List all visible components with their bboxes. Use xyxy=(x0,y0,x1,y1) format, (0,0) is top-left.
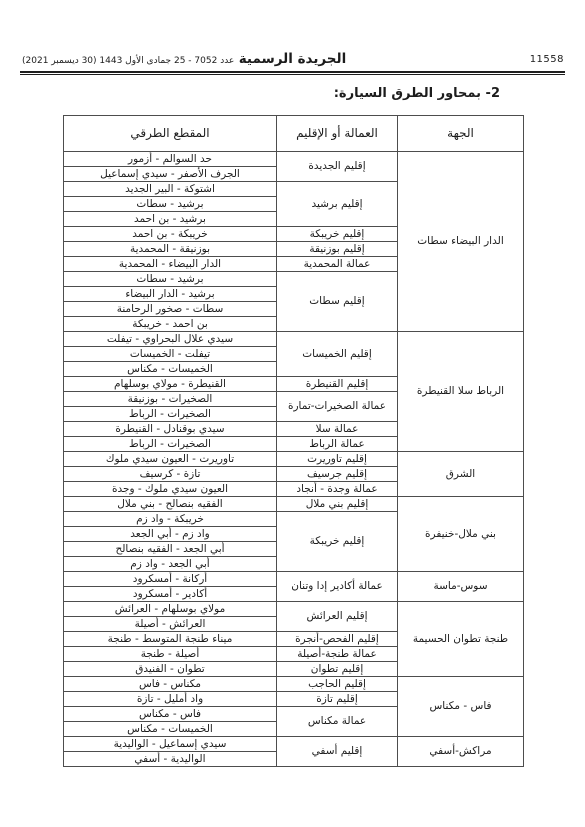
road-section-cell: الخميسات - مكناس xyxy=(64,362,277,377)
table-header-row: الجهة العمالة أو الإقليم المقطع الطرقي xyxy=(64,116,524,152)
road-section-cell: بن احمد - خريبكة xyxy=(64,317,277,332)
province-cell: إقليم الحاجب xyxy=(277,677,398,692)
road-section-cell: الصخيرات - الرباط xyxy=(64,407,277,422)
road-section-cell: الصخيرات - بوزنيقة xyxy=(64,392,277,407)
region-cell: طنجة تطوان الحسيمة xyxy=(398,602,524,677)
road-section-cell: أركانة - أمسكرود xyxy=(64,572,277,587)
road-section-cell: حد السوالم - أزمور xyxy=(64,152,277,167)
province-cell: إقليم سطات xyxy=(277,272,398,332)
province-cell: إقليم الفحص-أنجرة xyxy=(277,632,398,647)
road-section-cell: برشيد - بن احمد xyxy=(64,212,277,227)
road-section-cell: مكناس - فاس xyxy=(64,677,277,692)
region-cell: بني ملال-خنيفرة xyxy=(398,497,524,572)
road-section-cell: برشيد - سطات xyxy=(64,272,277,287)
table-row: سوس-ماسةعمالة أكادير إدا وتنانأركانة - أ… xyxy=(64,572,524,587)
road-section-cell: تاوريرت - العيون سيدي ملوك xyxy=(64,452,277,467)
province-cell: عمالة سلا xyxy=(277,422,398,437)
road-section-cell: تازة - كرسيف xyxy=(64,467,277,482)
header-divider-rule xyxy=(20,71,565,75)
gazette-page: { "page": { "header": { "page_number": "… xyxy=(0,0,585,827)
province-cell: عمالة أكادير إدا وتنان xyxy=(277,572,398,602)
province-cell: إقليم خريبكة xyxy=(277,227,398,242)
table-row: الرباط سلا القنيطرةإقليم الخميساتسيدي عل… xyxy=(64,332,524,347)
road-section-cell: الجرف الأصفر - سيدي إسماعيل xyxy=(64,167,277,182)
table-row: الشرقإقليم تاوريرتتاوريرت - العيون سيدي … xyxy=(64,452,524,467)
province-cell: إقليم العرائش xyxy=(277,602,398,632)
table-row: الدار البيضاء سطاتإقليم الجديدةحد السوال… xyxy=(64,152,524,167)
road-section-cell: واد أمليل - تازة xyxy=(64,692,277,707)
issue-info: عدد 7052 - 25 جمادى الأول 1443 (30 ديسمب… xyxy=(22,56,234,66)
road-section-cell: الفقيه بنصالح - بني ملال xyxy=(64,497,277,512)
road-section-cell: اشتوكة - البير الجديد xyxy=(64,182,277,197)
province-cell: إقليم بوزنيقة xyxy=(277,242,398,257)
province-cell: عمالة المحمدية xyxy=(277,257,398,272)
province-cell: إقليم أسفي xyxy=(277,737,398,767)
road-section-cell: بوزنيقة - المحمدية xyxy=(64,242,277,257)
road-section-cell: الدار البيضاء - المحمدية xyxy=(64,257,277,272)
province-cell: إقليم خريبكة xyxy=(277,512,398,572)
column-header-region: الجهة xyxy=(398,116,524,152)
road-section-cell: أبي الجعد - الفقيه بنصالح xyxy=(64,542,277,557)
road-section-cell: أبي الجعد - واد زم xyxy=(64,557,277,572)
road-section-cell: برشيد - الدار البيضاء xyxy=(64,287,277,302)
road-section-cell: سيدي بوقنادل - القنيطرة xyxy=(64,422,277,437)
road-table-body: الدار البيضاء سطاتإقليم الجديدةحد السوال… xyxy=(64,152,524,767)
road-section-cell: خريبكة - واد زم xyxy=(64,512,277,527)
road-section-cell: فاس - مكناس xyxy=(64,707,277,722)
road-sections-table: الجهة العمالة أو الإقليم المقطع الطرقي ا… xyxy=(63,115,524,767)
table-row: مراكش-أسفيإقليم أسفيسيدي إسماعيل - الوال… xyxy=(64,737,524,752)
road-section-cell: سيدي علال البحراوي - تيفلت xyxy=(64,332,277,347)
road-section-cell: تطوان - الفنيدق xyxy=(64,662,277,677)
region-cell: الدار البيضاء سطات xyxy=(398,152,524,332)
province-cell: إقليم بني ملال xyxy=(277,497,398,512)
region-cell: الشرق xyxy=(398,452,524,497)
province-cell: إقليم تازة xyxy=(277,692,398,707)
province-cell: عمالة الصخيرات-تمارة xyxy=(277,392,398,422)
road-section-cell: تيفلت - الخميسات xyxy=(64,347,277,362)
province-cell: عمالة طنجة-أصيلة xyxy=(277,647,398,662)
province-cell: عمالة وجدة - أنجاد xyxy=(277,482,398,497)
road-section-cell: العرائش - أصيلة xyxy=(64,617,277,632)
road-section-cell: العيون سيدي ملوك - وجدة xyxy=(64,482,277,497)
road-section-cell: الواليدية - أسفي xyxy=(64,752,277,767)
road-section-cell: الصخيرات - الرباط xyxy=(64,437,277,452)
table-row: طنجة تطوان الحسيمةإقليم العرائشمولاي بوس… xyxy=(64,602,524,617)
province-cell: إقليم الخميسات xyxy=(277,332,398,377)
road-section-cell: برشيد - سطات xyxy=(64,197,277,212)
region-cell: الرباط سلا القنيطرة xyxy=(398,332,524,452)
road-section-cell: ميناء طنجة المتوسط - طنجة xyxy=(64,632,277,647)
road-section-cell: سيدي إسماعيل - الواليدية xyxy=(64,737,277,752)
road-section-cell: أصيلة - طنجة xyxy=(64,647,277,662)
region-cell: مراكش-أسفي xyxy=(398,737,524,767)
province-cell: إقليم تطوان xyxy=(277,662,398,677)
region-cell: سوس-ماسة xyxy=(398,572,524,602)
province-cell: إقليم تاوريرت xyxy=(277,452,398,467)
province-cell: إقليم الجديدة xyxy=(277,152,398,182)
road-section-cell: سطات - صخور الرحامنة xyxy=(64,302,277,317)
province-cell: إقليم جرسيف xyxy=(277,467,398,482)
road-section-cell: واد زم - أبي الجعد xyxy=(64,527,277,542)
road-section-cell: القنيطرة - مولاي بوسلهام xyxy=(64,377,277,392)
province-cell: عمالة مكناس xyxy=(277,707,398,737)
province-cell: إقليم القنيطرة xyxy=(277,377,398,392)
table-row: فاس - مكناسإقليم الحاجبمكناس - فاس xyxy=(64,677,524,692)
column-header-province: العمالة أو الإقليم xyxy=(277,116,398,152)
province-cell: عمالة الرباط xyxy=(277,437,398,452)
region-cell: فاس - مكناس xyxy=(398,677,524,737)
table-row: بني ملال-خنيفرةإقليم بني ملالالفقيه بنصا… xyxy=(64,497,524,512)
section-title: 2- بمحاور الطرق السيارة: xyxy=(334,86,500,101)
road-section-cell: مولاي بوسلهام - العرائش xyxy=(64,602,277,617)
road-section-cell: خريبكة - بن احمد xyxy=(64,227,277,242)
province-cell: إقليم برشيد xyxy=(277,182,398,227)
column-header-road-section: المقطع الطرقي xyxy=(64,116,277,152)
road-section-cell: الخميسات - مكناس xyxy=(64,722,277,737)
road-section-cell: أكادير - أمسكرود xyxy=(64,587,277,602)
